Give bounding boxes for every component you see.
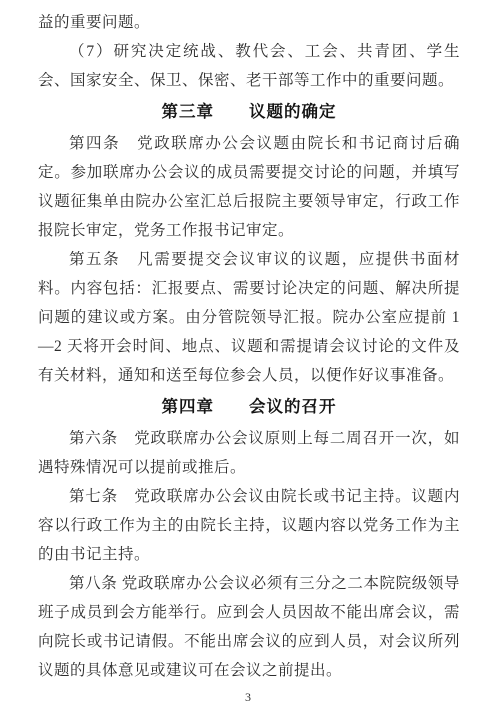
document-page: 益的重要问题。 （7）研究决定统战、教代会、工会、共青团、学生会、国家安全、保卫… (0, 0, 496, 715)
article-5-paragraph: 第五条 凡需要提交会议审议的议题，应提供书面材料。内容包括：汇报要点、需要讨论决… (38, 245, 460, 390)
article-6-paragraph: 第六条 党政联席办公会议原则上每二周召开一次，如遇特殊情况可以提前或推后。 (38, 424, 460, 482)
article-7-paragraph: 第七条 党政联席办公会议由院长或书记主持。议题内容以行政工作为主的由院长主持，议… (38, 482, 460, 569)
paragraph-continuation: 益的重要问题。 (38, 8, 460, 37)
article-4-paragraph: 第四条 党政联席办公会议题由院长和书记商讨后确定。参加联席办公会议的成员需要提交… (38, 129, 460, 245)
chapter-4-heading: 第四章 会议的召开 (38, 392, 460, 423)
article-8-paragraph: 第八条 党政联席办公会议必须有三分之二本院院级领导班子成员到会方能举行。应到会人… (38, 569, 460, 685)
paragraph-item-7: （7）研究决定统战、教代会、工会、共青团、学生会、国家安全、保卫、保密、老干部等… (38, 37, 460, 95)
page-number: 3 (0, 690, 496, 704)
chapter-3-heading: 第三章 议题的确定 (38, 97, 460, 128)
